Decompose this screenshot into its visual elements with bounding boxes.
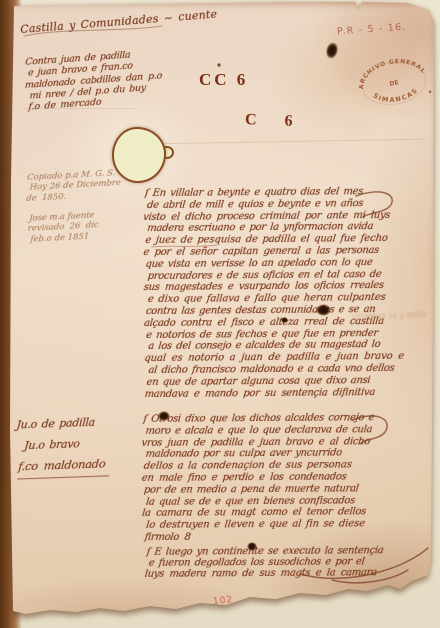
manuscript-photo: Castilla y Comunidades ~ cuente Contra j… bbox=[0, 0, 440, 628]
margin-name: f.co maldonado bbox=[17, 453, 111, 479]
margin-names: Ju.o de padillaJu.o bravof.co maldonado bbox=[15, 411, 109, 479]
paper-crease bbox=[22, 108, 137, 109]
margin-name: Ju.o bravo bbox=[23, 432, 110, 456]
manuscript-block-b: ſ Otrosi dixo que los dichos alcaldes co… bbox=[143, 412, 400, 532]
folio-number: 102 bbox=[213, 595, 234, 607]
ink-blot bbox=[316, 304, 331, 316]
contra-annotation: Contra juan de padillae juan bravo e fra… bbox=[24, 47, 168, 113]
stamp-text-mid: DE bbox=[389, 79, 399, 87]
manuscript-line: luys madera ramo de sus magts e la camar… bbox=[144, 568, 403, 581]
paper-crease bbox=[150, 139, 425, 145]
series-title-annotation: Castilla y Comunidades ~ cuente bbox=[20, 9, 200, 36]
manuscript-block-a: ſ En villalar a beynte e quatro dias del… bbox=[144, 186, 402, 401]
manuscript-line: lo destruyen e lleven e que al fin se di… bbox=[145, 518, 400, 532]
parchment-hole bbox=[112, 127, 166, 183]
copyist-note: Copiado p.a M. G. S.Hoy 26 de Diciembred… bbox=[26, 167, 140, 245]
classmark-cc6: CC 6 bbox=[199, 70, 248, 90]
ink-speck bbox=[217, 63, 221, 67]
manuscript-line: mandava e mando por su sentençia difinit… bbox=[144, 386, 403, 400]
ink-blot bbox=[158, 411, 170, 421]
bleedthrough-text: uttemga se y milla bbox=[352, 310, 427, 321]
shelfmark-label: P.R - 5 - 16. bbox=[337, 22, 407, 38]
ink-blot bbox=[281, 317, 288, 323]
manuscript-short-line: firmolo 8 bbox=[144, 532, 191, 543]
simancas-stamp-icon: ARCHIVO GENERAL DE SIMANCAS bbox=[352, 50, 436, 116]
classmark-c6: C 6 bbox=[245, 111, 293, 131]
page-content: Castilla y Comunidades ~ cuente Contra j… bbox=[0, 0, 440, 628]
manuscript-block-c: ſ E luego yn continente se executo la se… bbox=[146, 545, 402, 580]
ink-blot bbox=[247, 542, 257, 551]
stamp-dot bbox=[429, 90, 432, 93]
ink-blot bbox=[324, 41, 340, 60]
